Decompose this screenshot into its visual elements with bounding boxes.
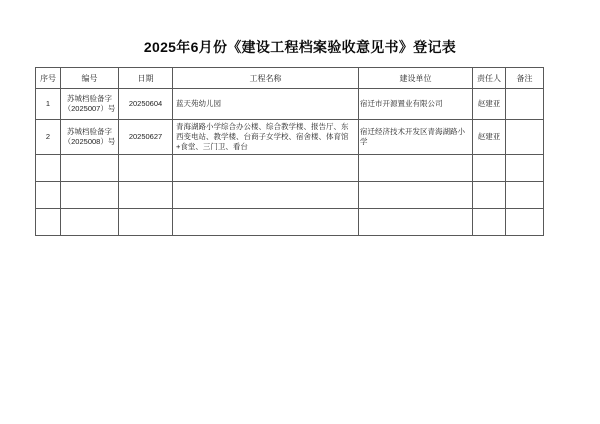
table-header-row: 序号 编号 日期 工程名称 建设单位 责任人 备注 (36, 68, 544, 89)
page-title: 2025年6月份《建设工程档案验收意见书》登记表 (0, 37, 600, 57)
registration-table: 序号 编号 日期 工程名称 建设单位 责任人 备注 1 苏城档验备字（20250… (35, 67, 544, 236)
col-header-date: 日期 (119, 68, 173, 89)
cell-date: 20250627 (119, 120, 173, 155)
cell-responsible (473, 155, 506, 182)
cell-project: 青海湖路小学综合办公楼、综合教学楼、报告厅、东西变电站、教学楼、台商子女学校、宿… (173, 120, 359, 155)
cell-unit: 宿迁经济技术开发区青海湖路小学 (359, 120, 473, 155)
cell-project (173, 182, 359, 209)
cell-seq (36, 209, 61, 236)
cell-seq: 1 (36, 89, 61, 120)
cell-responsible (473, 209, 506, 236)
cell-note (506, 155, 544, 182)
cell-responsible: 赵建亚 (473, 120, 506, 155)
cell-date (119, 155, 173, 182)
table-row (36, 155, 544, 182)
cell-unit (359, 182, 473, 209)
cell-responsible (473, 182, 506, 209)
cell-code: 苏城档验备字（2025008）号 (61, 120, 119, 155)
cell-note (506, 89, 544, 120)
table-row: 2 苏城档验备字（2025008）号 20250627 青海湖路小学综合办公楼、… (36, 120, 544, 155)
cell-code (61, 209, 119, 236)
table-row (36, 209, 544, 236)
cell-note (506, 209, 544, 236)
cell-project (173, 155, 359, 182)
cell-note (506, 182, 544, 209)
col-header-seq: 序号 (36, 68, 61, 89)
col-header-unit: 建设单位 (359, 68, 473, 89)
cell-project (173, 209, 359, 236)
cell-seq (36, 155, 61, 182)
cell-code (61, 182, 119, 209)
table-row (36, 182, 544, 209)
cell-date (119, 209, 173, 236)
cell-date: 20250604 (119, 89, 173, 120)
cell-responsible: 赵建亚 (473, 89, 506, 120)
cell-unit (359, 155, 473, 182)
cell-code (61, 155, 119, 182)
cell-seq (36, 182, 61, 209)
table-row: 1 苏城档验备字（2025007）号 20250604 蓝天苑幼儿园 宿迁市开源… (36, 89, 544, 120)
cell-unit (359, 209, 473, 236)
col-header-note: 备注 (506, 68, 544, 89)
cell-code: 苏城档验备字（2025007）号 (61, 89, 119, 120)
cell-date (119, 182, 173, 209)
cell-seq: 2 (36, 120, 61, 155)
cell-unit: 宿迁市开源置业有限公司 (359, 89, 473, 120)
col-header-responsible: 责任人 (473, 68, 506, 89)
cell-note (506, 120, 544, 155)
document-page: 2025年6月份《建设工程档案验收意见书》登记表 序号 编号 日期 工程名称 建… (0, 0, 600, 424)
cell-project: 蓝天苑幼儿园 (173, 89, 359, 120)
col-header-project: 工程名称 (173, 68, 359, 89)
col-header-code: 编号 (61, 68, 119, 89)
